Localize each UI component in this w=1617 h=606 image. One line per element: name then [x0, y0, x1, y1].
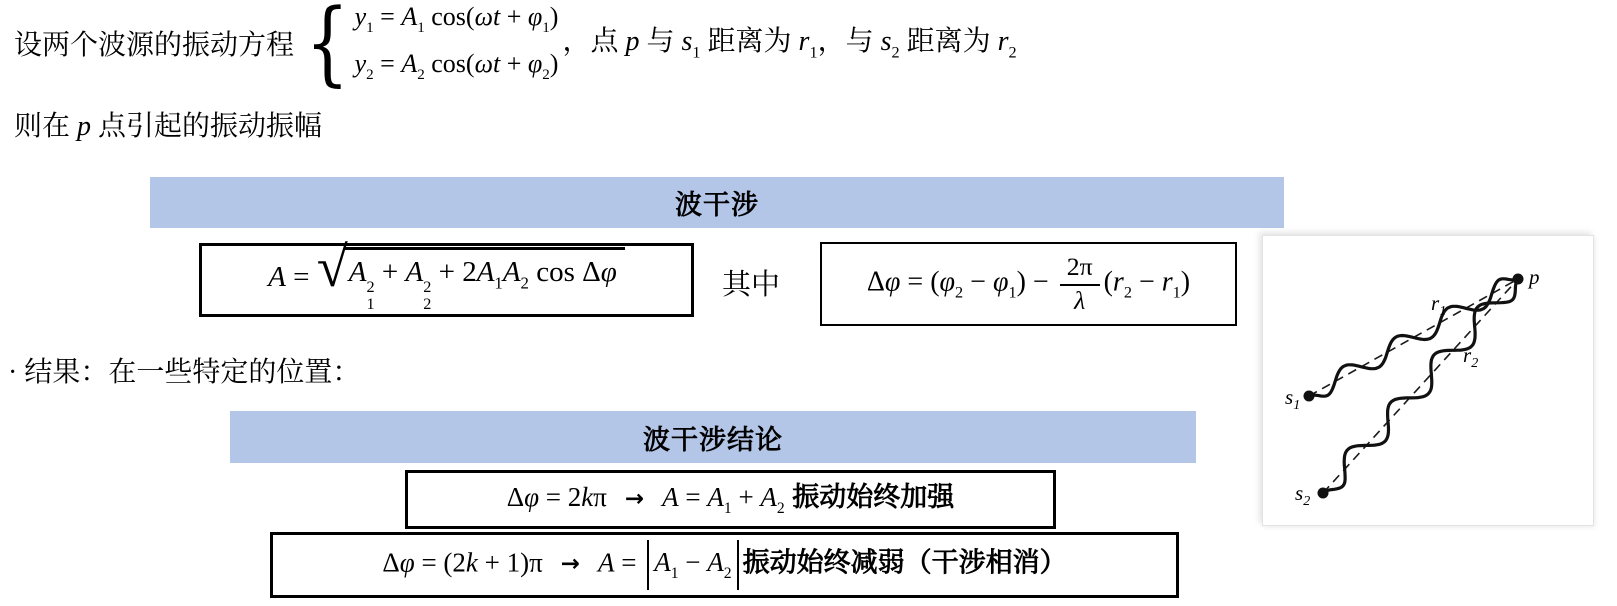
interference-banner-label: 波干涉 — [675, 183, 759, 222]
wave-diagram-svg: s1 s2 r1 r2 p — [1263, 236, 1593, 525]
conclusion-banner: 波干涉结论 — [230, 411, 1196, 463]
constructive-formula: Δφ = 2kπ→A = A1 + A2 振动始终加强 — [507, 481, 955, 519]
conclusion-banner-label: 波干涉结论 — [643, 418, 783, 457]
result-text: · 结果：在一些特定的位置： — [8, 350, 360, 390]
source2-dot — [1318, 488, 1329, 499]
destructive-formula: Δφ = (2k + 1)π→A = A1 − A2振动始终减弱（干涉相消） — [382, 540, 1066, 591]
interference-banner: 波干涉 — [150, 177, 1284, 228]
connector-label: 其中 — [722, 262, 780, 303]
amplitude-formula-box: A = √A21 + A22 + 2A1A2 cos Δφ — [199, 243, 694, 317]
wave-diagram: s1 s2 r1 r2 p — [1262, 235, 1594, 526]
source1-label: s1 — [1285, 385, 1300, 413]
equation-column: y1 = A1 cos(ωt + φ1) y2 = A2 cos(ωt + φ2… — [355, 1, 559, 84]
intro-suffix: ，点 p 与 s1 距离为 r1，与 s2 距离为 r2 — [562, 24, 1016, 63]
point-p-label: p — [1527, 265, 1540, 289]
equation-system: { y1 = A1 cos(ωt + φ1) y2 = A2 cos(ωt + … — [298, 1, 558, 84]
destructive-box: Δφ = (2k + 1)π→A = A1 − A2振动始终减弱（干涉相消） — [270, 532, 1179, 598]
point-p-dot — [1513, 274, 1524, 285]
intro-line: 设两个波源的振动方程 { y1 = A1 cos(ωt + φ1) y2 = A… — [14, 0, 1017, 86]
r2-dashed-line — [1323, 279, 1518, 493]
phase-formula: Δφ = (φ2 − φ1) − 2πλ(r2 − r1) — [867, 253, 1190, 315]
amplitude-intro-text: 则在 p 点引起的振动振幅 — [14, 109, 322, 144]
equation-y1: y1 = A1 cos(ωt + φ1) — [355, 1, 559, 38]
equation-y2: y2 = A2 cos(ωt + φ2) — [355, 48, 559, 85]
amplitude-formula: A = √A21 + A22 + 2A1A2 cos Δφ — [268, 247, 625, 312]
page: { "colors": { "banner_bg": "#b4c6e7", "i… — [0, 0, 1617, 606]
result-line: · 结果：在一些特定的位置： — [8, 347, 360, 393]
constructive-box: Δφ = 2kπ→A = A1 + A2 振动始终加强 — [405, 470, 1056, 529]
system-brace: { — [305, 4, 349, 82]
phase-formula-box: Δφ = (φ2 − φ1) − 2πλ(r2 − r1) — [820, 242, 1237, 326]
r2-label: r2 — [1463, 343, 1478, 371]
connector-text: 其中 — [722, 269, 780, 301]
source2-label: s2 — [1295, 481, 1310, 509]
amplitude-intro-line: 则在 p 点引起的振动振幅 — [14, 103, 322, 149]
source1-dot — [1304, 391, 1315, 402]
intro-prefix: 设两个波源的振动方程 — [14, 23, 294, 63]
r1-label: r1 — [1431, 291, 1446, 319]
